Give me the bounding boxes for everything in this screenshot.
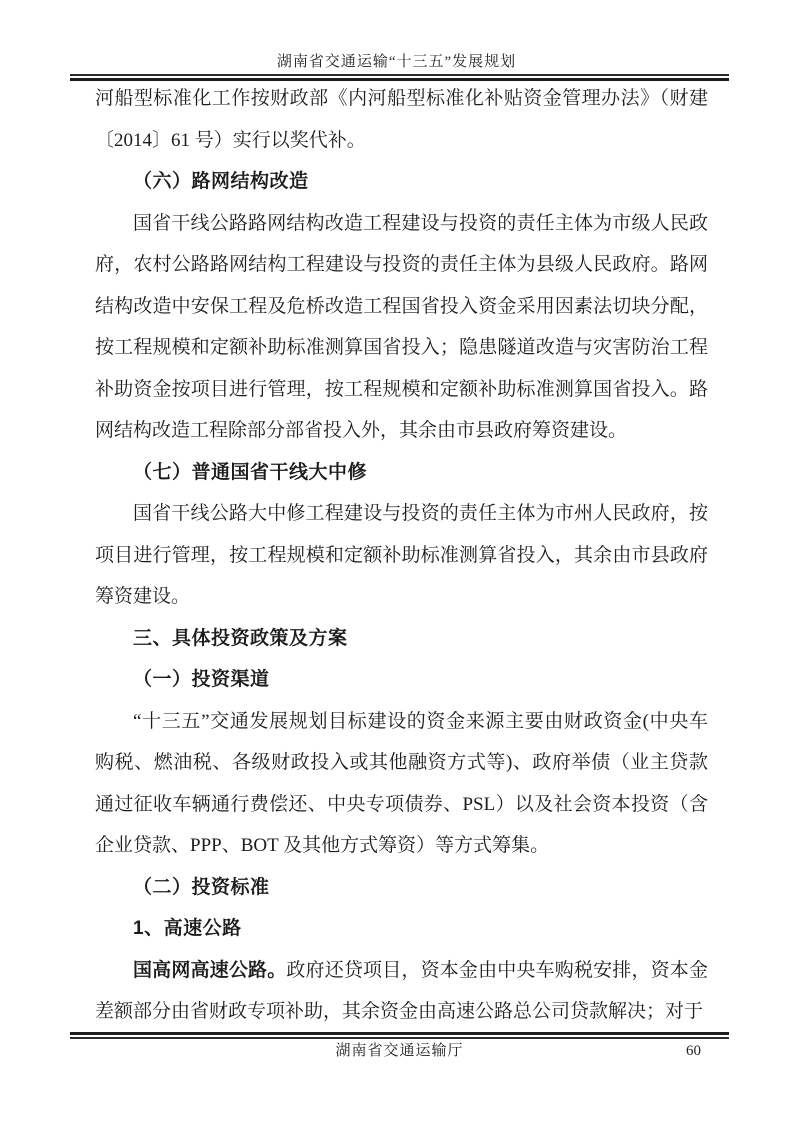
section-heading: 1、高速公路 [95,908,708,950]
paragraph-line: 按工程规模和定额补助标准测算国省投入；隐患隧道改造与灾害防治工程 [95,327,708,369]
section-heading: （一）投资渠道 [95,659,708,701]
paragraph-line: 差额部分由省财政专项补助，其余资金由高速公路总公司贷款解决；对于 [95,991,708,1033]
paragraph-line: 通过征收车辆通行费偿还、中央专项债券、PSL）以及社会资本投资（含 [95,784,708,826]
paragraph-line: 〔2014〕61 号）实行以奖代补。 [95,120,708,162]
paragraph-line: 国省干线公路大中修工程建设与投资的责任主体为市州人民政府，按 [95,493,708,535]
paragraph-text: 政府还贷项目，资本金由中央车购税安排，资本金 [286,960,708,981]
paragraph-line: 筹资建设。 [95,576,708,618]
section-heading: 三、具体投资政策及方案 [95,618,708,660]
section-heading: （六）路网结构改造 [95,161,708,203]
paragraph-line: 国高网高速公路。政府还贷项目，资本金由中央车购税安排，资本金 [95,950,708,992]
bold-lead-in: 国高网高速公路。 [133,960,286,981]
section-heading: （二）投资标准 [95,867,708,909]
paragraph-line: 国省干线公路路网结构改造工程建设与投资的责任主体为市级人民政 [95,203,708,245]
paragraph-line: 网结构改造工程除部分部省投入外，其余由市县政府筹资建设。 [95,410,708,452]
paragraph-line: 购税、燃油税、各级财政投入或其他融资方式等)、政府举债（业主贷款 [95,742,708,784]
paragraph-line: 府，农村公路路网结构工程建设与投资的责任主体为县级人民政府。路网 [95,244,708,286]
footer-department: 湖南省交通运输厅 [70,1039,729,1063]
footer-row: 湖南省交通运输厅 60 [70,1039,729,1063]
paragraph-line: 项目进行管理，按工程规模和定额补助标准测算省投入，其余由市县政府 [95,535,708,577]
paragraph-line: “十三五”交通发展规划目标建设的资金来源主要由财政资金(中央车 [95,701,708,743]
header-title: 湖南省交通运输“十三五”发展规划 [0,50,793,71]
document-body: 河船型标准化工作按财政部《内河船型标准化补贴资金管理办法》（财建〔2014〕61… [95,78,708,1033]
paragraph-line: 河船型标准化工作按财政部《内河船型标准化补贴资金管理办法》（财建 [95,78,708,120]
footer-rule [70,1032,729,1039]
document-page: 湖南省交通运输“十三五”发展规划 河船型标准化工作按财政部《内河船型标准化补贴资… [0,0,793,1122]
paragraph-line: 结构改造中安保工程及危桥改造工程国省投入资金采用因素法切块分配， [95,286,708,328]
paragraph-line: 企业贷款、PPP、BOT 及其他方式筹资）等方式筹集。 [95,825,708,867]
page-number: 60 [686,1039,701,1063]
section-heading: （七）普通国省干线大中修 [95,452,708,494]
paragraph-line: 补助资金按项目进行管理，按工程规模和定额补助标准测算国省投入。路 [95,369,708,411]
